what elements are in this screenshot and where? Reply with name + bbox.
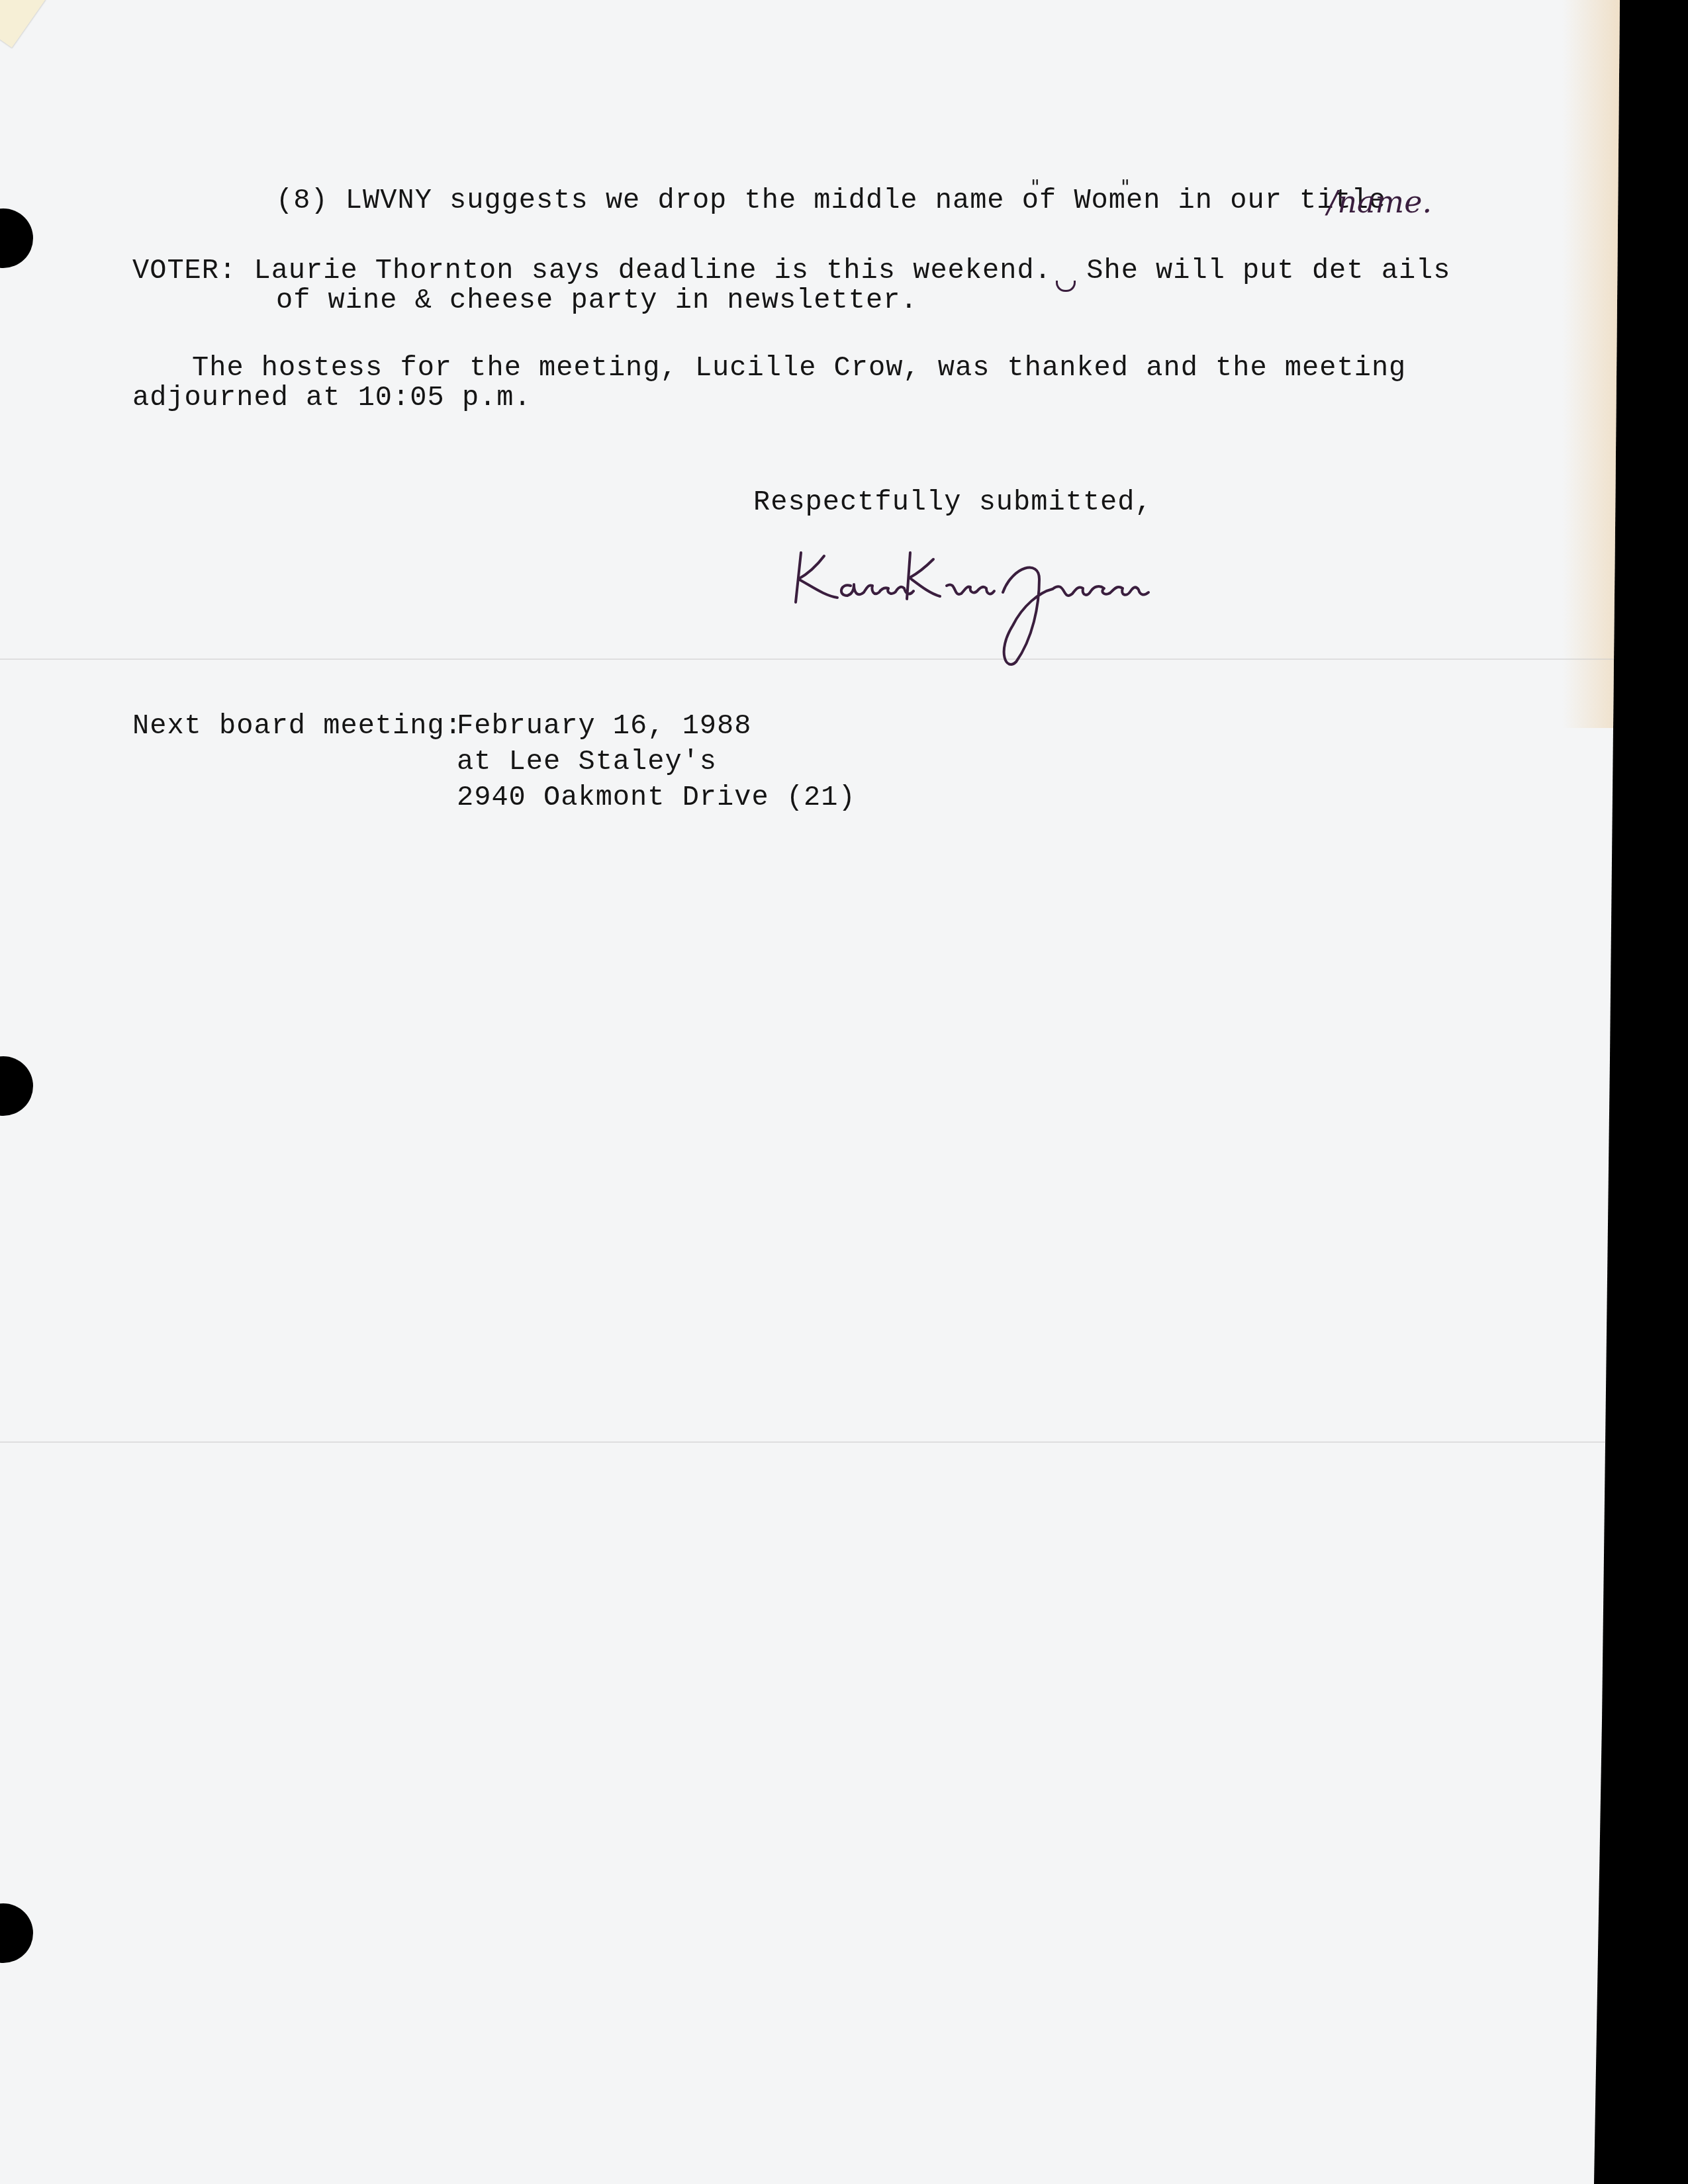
closing-line-2: adjourned at 10:05 p.m. <box>132 384 532 412</box>
next-meeting-host: at Lee Staley's <box>457 748 717 776</box>
next-meeting-address: 2940 Oakmont Drive (21) <box>457 784 856 811</box>
fold-line <box>0 1441 1615 1443</box>
document-page: (8) LWVNY suggests we drop the middle na… <box>0 0 1688 2184</box>
voter-line-1: VOTER: Laurie Thornton says deadline is … <box>132 257 1451 285</box>
close-up-mark-icon <box>1056 281 1076 292</box>
punch-hole-icon <box>0 1903 33 1963</box>
open-quote-mark: " <box>1031 176 1040 199</box>
punch-hole-icon <box>0 1056 33 1116</box>
item-8-text: (8) LWVNY suggests we drop the middle na… <box>276 187 1386 214</box>
folded-corner <box>0 0 46 48</box>
next-meeting-label: Next board meeting: <box>132 712 462 740</box>
close-quote-mark: " <box>1121 176 1130 199</box>
signature-icon <box>788 539 1264 672</box>
punch-hole-icon <box>0 208 33 268</box>
sign-off: Respectfully submitted, <box>753 488 1152 516</box>
voter-line-2: of wine & cheese party in newsletter. <box>276 287 918 314</box>
closing-line-1: The hostess for the meeting, Lucille Cro… <box>192 354 1406 382</box>
next-meeting-date: February 16, 1988 <box>457 712 751 740</box>
paper-aging-tint <box>1562 0 1622 728</box>
handwritten-insert: /name. <box>1327 184 1432 220</box>
